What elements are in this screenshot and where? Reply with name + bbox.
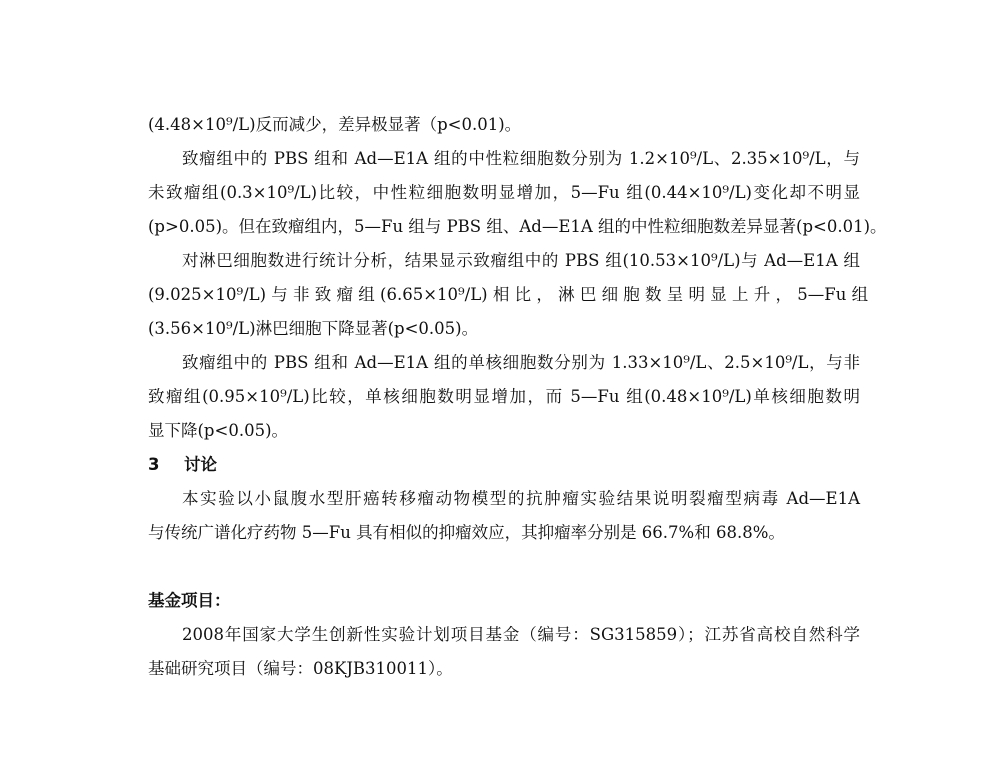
section-heading-discussion: 3讨论 [148,448,860,482]
discussion-line-1: 本实验以小鼠腹水型肝癌转移瘤动物模型的抗肿瘤实验结果说明裂瘤型病毒 Ad—E1A [148,482,860,516]
section-number: 3 [148,448,184,482]
spacer [148,550,860,584]
funding-line-2: 基础研究项目（编号：08KJB310011）。 [148,652,860,686]
section-title: 讨论 [184,455,217,474]
lymphocyte-paragraph-line-2: (9.025×10⁹/L) 与 非 致 瘤 组 (6.65×10⁹/L) 相 比… [148,278,860,312]
funding-line-1: 2008年国家大学生创新性实验计划项目基金（编号：SG315859）；江苏省高校… [148,618,860,652]
neutrophil-paragraph-line-3: (p>0.05)。但在致瘤组内，5—Fu 组与 PBS 组、Ad—E1A 组的中… [148,210,860,244]
monocyte-paragraph-line-3: 显下降(p<0.05)。 [148,414,860,448]
neutrophil-paragraph-line-1: 致瘤组中的 PBS 组和 Ad—E1A 组的中性粒细胞数分别为 1.2×10⁹/… [148,142,860,176]
lymphocyte-paragraph-line-1: 对淋巴细胞数进行统计分析，结果显示致瘤组中的 PBS 组(10.53×10⁹/L… [148,244,860,278]
discussion-line-2: 与传统广谱化疗药物 5—Fu 具有相似的抑瘤效应，其抑瘤率分别是 66.7%和 … [148,516,860,550]
neutrophil-paragraph-line-2: 未致瘤组(0.3×10⁹/L)比较，中性粒细胞数明显增加，5—Fu 组(0.44… [148,176,860,210]
funding-title: 基金项目： [148,584,860,618]
results-line-continuation: (4.48×10⁹/L)反而减少，差异极显著（p<0.01)。 [148,108,860,142]
monocyte-paragraph-line-2: 致瘤组(0.95×10⁹/L)比较，单核细胞数明显增加，而 5—Fu 组(0.4… [148,380,860,414]
monocyte-paragraph-line-1: 致瘤组中的 PBS 组和 Ad—E1A 组的单核细胞数分别为 1.33×10⁹/… [148,346,860,380]
document-page: (4.48×10⁹/L)反而减少，差异极显著（p<0.01)。 致瘤组中的 PB… [148,108,860,686]
lymphocyte-paragraph-line-3: (3.56×10⁹/L)淋巴细胞下降显著(p<0.05)。 [148,312,860,346]
